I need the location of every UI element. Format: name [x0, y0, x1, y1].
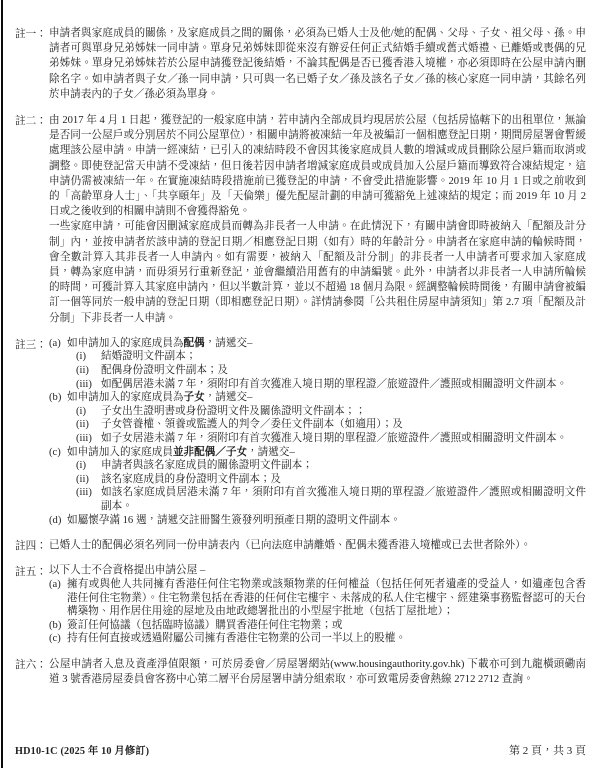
item-a-suffix: ，請遞交– — [205, 338, 253, 349]
sub-marker: (ii) — [76, 418, 101, 432]
item-b-bold-term: 子女 — [184, 392, 205, 403]
sub-text: 結婚證明文件副本； — [101, 350, 586, 364]
note-3-label: 註三： — [15, 337, 49, 527]
sub-marker: (iii) — [76, 378, 101, 392]
note-3-item-d: (d) 如屬懷孕滿 16 週，請遞交註冊醫生簽發列明預產日期的證明文件副本。 — [49, 514, 586, 528]
sub-text: 如配偶居港未滿 7 年，須附印有首次獲准入境日期的單程證／旅遊證件／護照或相關證… — [101, 378, 586, 392]
item-text: 簽訂任何協議（包括臨時協議）購買香港任何住宅物業；或 — [67, 619, 586, 633]
item-a-bold-term: 配偶 — [184, 338, 205, 349]
note-2: 註二： 由 2017 年 4 月 1 日起，獲登記的一般家庭申請，若申請內全部成… — [15, 113, 586, 326]
page-footer: HD10-1C (2025 年 10 月修訂) 第 2 頁，共 3 頁 — [15, 742, 586, 758]
note-5-label: 註五： — [15, 564, 49, 646]
item-d-marker: (d) — [49, 514, 67, 528]
item-a-content: 如申請加入的家庭成員為配偶，請遞交– (i) 結婚證明文件副本； (ii) 配偶… — [67, 337, 586, 391]
item-text: 持有任何直接或透過附屬公司擁有香港住宅物業的公司一半以上的股權。 — [67, 632, 586, 646]
note-5-item-c: (c) 持有任何直接或透過附屬公司擁有香港住宅物業的公司一半以上的股權。 — [49, 632, 586, 646]
sub-marker: (ii) — [76, 473, 101, 487]
note-4: 註四： 已婚人士的配偶必須名列同一份申請表內（已向法庭申請離婚、配偶未獲香港入境… — [15, 538, 586, 553]
sub-marker: (i) — [76, 405, 101, 419]
sub-text: 子女管養權、領養或監護人的判令／委任文件副本（如適用）；及 — [101, 418, 586, 432]
item-marker: (b) — [49, 619, 67, 633]
item-c-suffix: ，請遞交– — [247, 447, 295, 458]
note-1-text: 申請者與家庭成員的關係，及家庭成員之間的關係，必須為已婚人士及他/她的配偶、父母… — [49, 26, 586, 102]
note-3-item-c-sub-iii: (iii) 如該名家庭成員居港未滿 7 年，須附印有首次獲准入境日期的單程證／旅… — [76, 486, 586, 513]
notes-section: 註一： 申請者與家庭成員的關係，及家庭成員之間的關係，必須為已婚人士及他/她的配… — [15, 26, 586, 698]
item-c-content: 如申請加入的家庭成員並非配偶／子女，請遞交– (i) 申請者與該名家庭成員的關係… — [67, 446, 586, 514]
page-left-border — [1, 0, 3, 768]
note-6-label: 註六： — [15, 657, 49, 687]
note-2-label: 註二： — [15, 113, 49, 326]
note-6: 註六： 公屋申請者入息及資產淨值限額，可於房委會／房屋署網站(www.housi… — [15, 657, 586, 687]
sub-text: 如該名家庭成員居港未滿 7 年，須附印有首次獲准入境日期的單程證／旅遊證件／護照… — [101, 486, 586, 513]
sub-text: 該名家庭成員的身份證明文件副本；及 — [101, 473, 586, 487]
note-3-body: (a) 如申請加入的家庭成員為配偶，請遞交– (i) 結婚證明文件副本； (ii… — [49, 337, 586, 527]
item-c-marker: (c) — [49, 446, 67, 514]
sub-text: 如子女居港未滿 7 年，須附印有首次獲准入境日期的單程證／旅遊證件／護照或相關證… — [101, 432, 586, 446]
item-marker: (a) — [49, 578, 67, 619]
note-3: 註三： (a) 如申請加入的家庭成員為配偶，請遞交– (i) 結婚證明文件副本；… — [15, 337, 586, 527]
note-3-item-a-sub-i: (i) 結婚證明文件副本； — [76, 350, 586, 364]
note-2-paragraph-1: 由 2017 年 4 月 1 日起，獲登記的一般家庭申請，若申請內全部成員均現居… — [49, 113, 586, 219]
note-5-item-b: (b) 簽訂任何協議（包括臨時協議）購買香港任何住宅物業；或 — [49, 619, 586, 633]
item-d-text: 如屬懷孕滿 16 週，請遞交註冊醫生簽發列明預產日期的證明文件副本。 — [67, 515, 401, 526]
sub-marker: (ii) — [76, 364, 101, 378]
note-3-item-b-sub-i: (i) 子女出生證明書或身份證明文件及關係證明文件副本；； — [76, 405, 586, 419]
note-2-paragraph-2: 一些家庭申請，可能會因刪減家庭成員而轉為非長者一人申請。在此情況下，有關申請會即… — [49, 219, 586, 325]
note-3-item-b-sub-ii: (ii) 子女管養權、領養或監護人的判令／委任文件副本（如適用）；及 — [76, 418, 586, 432]
note-6-text: 公屋申請者入息及資產淨值限額，可於房委會／房屋署網站(www.housingau… — [49, 657, 586, 687]
item-c-bold-term: 並非配偶／子女 — [173, 447, 247, 458]
note-5-body: 以下人士不合資格提出申請公屋 – (a) 擁有或與他人共同擁有香港任何住宅物業或… — [49, 564, 586, 646]
note-3-item-b-sub-iii: (iii) 如子女居港未滿 7 年，須附印有首次獲准入境日期的單程證／旅遊證件／… — [76, 432, 586, 446]
item-b-prefix: 如申請加入的家庭成員為 — [67, 392, 184, 403]
sub-marker: (iii) — [76, 432, 101, 446]
note-1-label: 註一： — [15, 26, 49, 102]
note-3-item-a: (a) 如申請加入的家庭成員為配偶，請遞交– (i) 結婚證明文件副本； (ii… — [49, 337, 586, 391]
note-3-item-b: (b) 如申請加入的家庭成員為子女，請遞交– (i) 子女出生證明書或身份證明文… — [49, 391, 586, 445]
page-number: 第 2 頁，共 3 頁 — [509, 742, 586, 758]
note-3-item-a-sub-ii: (ii) 配偶身份證明文件副本；及 — [76, 364, 586, 378]
item-a-marker: (a) — [49, 337, 67, 391]
form-code: HD10-1C (2025 年 10 月修訂) — [15, 742, 149, 757]
note-5-item-a: (a) 擁有或與他人共同擁有香港任何住宅物業或該類物業的任何權益（包括任何死者遺… — [49, 578, 586, 619]
note-5: 註五： 以下人士不合資格提出申請公屋 – (a) 擁有或與他人共同擁有香港任何住… — [15, 564, 586, 646]
note-3-item-c-sub-i: (i) 申請者與該名家庭成員的關係證明文件副本； — [76, 459, 586, 473]
note-4-label: 註四： — [15, 538, 49, 553]
item-marker: (c) — [49, 632, 67, 646]
item-b-suffix: ，請遞交– — [205, 392, 253, 403]
sub-text: 配偶身份證明文件副本；及 — [101, 364, 586, 378]
sub-marker: (i) — [76, 459, 101, 473]
item-a-prefix: 如申請加入的家庭成員為 — [67, 338, 184, 349]
note-1: 註一： 申請者與家庭成員的關係，及家庭成員之間的關係，必須為已婚人士及他/她的配… — [15, 26, 586, 102]
note-4-text: 已婚人士的配偶必須名列同一份申請表內（已向法庭申請離婚、配偶未獲香港入境權或已去… — [49, 538, 586, 553]
item-text: 擁有或與他人共同擁有香港任何住宅物業或該類物業的任何權益（包括任何死者遺產的受益… — [67, 578, 586, 619]
note-3-item-c: (c) 如申請加入的家庭成員並非配偶／子女，請遞交– (i) 申請者與該名家庭成… — [49, 446, 586, 514]
sub-text: 子女出生證明書或身份證明文件及關係證明文件副本；； — [101, 405, 586, 419]
sub-marker: (i) — [76, 350, 101, 364]
document-page: 註一： 申請者與家庭成員的關係，及家庭成員之間的關係，必須為已婚人士及他/她的配… — [0, 0, 600, 768]
sub-marker: (iii) — [76, 486, 101, 513]
item-c-prefix: 如申請加入的家庭成員 — [67, 447, 173, 458]
note-5-intro: 以下人士不合資格提出申請公屋 – — [49, 564, 586, 578]
item-b-marker: (b) — [49, 391, 67, 445]
item-d-content: 如屬懷孕滿 16 週，請遞交註冊醫生簽發列明預產日期的證明文件副本。 — [67, 514, 586, 528]
note-3-item-a-sub-iii: (iii) 如配偶居港未滿 7 年，須附印有首次獲准入境日期的單程證／旅遊證件／… — [76, 378, 586, 392]
note-3-item-c-sub-ii: (ii) 該名家庭成員的身份證明文件副本；及 — [76, 473, 586, 487]
note-2-body: 由 2017 年 4 月 1 日起，獲登記的一般家庭申請，若申請內全部成員均現居… — [49, 113, 586, 326]
item-b-content: 如申請加入的家庭成員為子女，請遞交– (i) 子女出生證明書或身份證明文件及關係… — [67, 391, 586, 445]
sub-text: 申請者與該名家庭成員的關係證明文件副本； — [101, 459, 586, 473]
